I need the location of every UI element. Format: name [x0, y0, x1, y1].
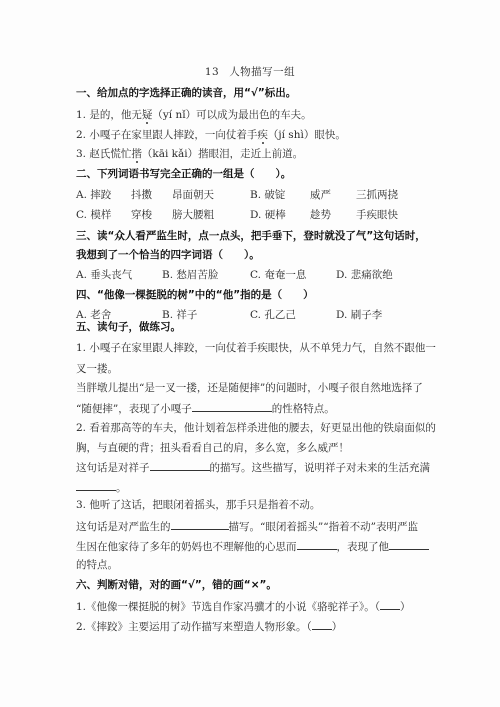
- answer-blank[interactable]: [297, 539, 337, 550]
- section-5-heading: 五、读句子，做练习。: [76, 320, 181, 334]
- option-b-word-3: 三抓两挠: [356, 188, 398, 202]
- page-title: 13人物描写一组: [0, 64, 500, 79]
- lesson-number: 13: [205, 66, 219, 78]
- sec5-q1-line-2: 叉一搂。: [76, 362, 118, 376]
- dotted-char: 疑: [142, 109, 153, 121]
- section-2-heading: 二、下列词语书写完全正确的一组是（ ）。: [76, 167, 291, 181]
- option-b: B. 破锭: [250, 188, 285, 202]
- option-d: D. 刷子李: [336, 308, 382, 322]
- sec5-q2-line-1: 2. 看着那高等的车夫，他计划着怎样杀进他的腰去，好更显出他的铁扇面似的: [76, 421, 436, 435]
- sec5-q1-line-4-post: 的性格特点。: [272, 403, 335, 415]
- section-6-heading: 六、判断对错，对的画“√”，错的画“×”。: [76, 578, 277, 592]
- sec1-item-1-post: （yí nǐ）可以成为最出色的车夫。: [152, 109, 311, 121]
- sec5-q3-line-2: 这句话是对严监生的描写。“眼闭着摇头”“指着不动”表明严监: [76, 519, 418, 534]
- sec5-q3-line-2-post: 描写。“眼闭着摇头”“指着不动”表明严监: [229, 521, 418, 533]
- section-3-heading-line-2: 我想到了一个恰当的四字词语（ ）。: [76, 248, 260, 262]
- sec5-q2-line-4-post: 。: [116, 482, 127, 494]
- option-d: D. 硬棒: [250, 208, 286, 222]
- sec5-q2-line-3: 这句话是对祥子的描写。这些描写，说明祥子对未来的生活充满: [76, 460, 430, 475]
- sec5-q3-line-3-pre: 生因在他家待了多年的奶妈也不理解他的心思而: [76, 541, 297, 553]
- sec5-q3-line-4: 的特点。: [76, 558, 118, 572]
- sec6-item-1-text: 1.《他像一棵挺脱的树》节选自作家冯骥才的小说《骆驼祥子》。（: [76, 601, 380, 613]
- sec1-item-3-pre: 3. 赵氏慌忙: [76, 148, 131, 160]
- option-b: B. 愁眉苦脸: [162, 268, 218, 282]
- sec6-item-1: 1.《他像一棵挺脱的树》节选自作家冯骥才的小说《骆驼祥子》。（）: [76, 599, 411, 614]
- sec5-q3-line-3: 生因在他家待了多年的奶妈也不理解他的心思而，表现了他: [76, 539, 429, 554]
- sec1-item-2-pre: 2. 小嘎子在家里跟人摔跤，一向仗着手: [76, 129, 257, 141]
- worksheet-page: 13人物描写一组 一、给加点的字选择正确的读音，用“√”标出。 1. 是的，他无…: [0, 0, 500, 707]
- sec5-q1-line-4: “随便摔”，表现了小嘎子的性格特点。: [76, 401, 335, 416]
- option-a: A. 垂头丧气: [76, 268, 132, 282]
- sec1-item-2: 2. 小嘎子在家里跟人摔跤，一向仗着手疾（jí shì）眼快。: [76, 128, 346, 142]
- section-1-heading: 一、给加点的字选择正确的读音，用“√”标出。: [76, 86, 296, 100]
- option-c: C. 模样: [76, 208, 111, 222]
- sec6-item-2-text: 2.《摔跤》主要运用了动作描写来塑造人物形象。（: [76, 621, 312, 633]
- answer-blank[interactable]: [150, 460, 210, 471]
- sec5-q3-line-3-mid: ，表现了他: [337, 541, 390, 553]
- option-c-word-2: 穿梭: [131, 208, 152, 222]
- answer-blank[interactable]: [380, 599, 400, 610]
- sec5-q1-line-1: 1. 小嘎子在家里跟人摔跤，一向仗着手疾眼快，从不单凭力气，自然不跟他一: [76, 341, 436, 355]
- sec6-item-2: 2.《摔跤》主要运用了动作描写来塑造人物形象。（）: [76, 619, 342, 634]
- section-3-heading-line-1: 三、读“众人看严监生时，点一点头，把手垂下，登时就没了气”这句话时，: [76, 229, 426, 243]
- dotted-char: 疾: [257, 129, 268, 141]
- close-paren: ）: [400, 601, 411, 613]
- option-c: C. 奄奄一息: [250, 268, 306, 282]
- sec5-q1-line-4-pre: “随便摔”，表现了小嘎子: [76, 403, 192, 415]
- answer-blank[interactable]: [312, 619, 332, 630]
- sec1-item-1: 1. 是的，他无疑（yí nǐ）可以成为最出色的车夫。: [76, 108, 312, 122]
- close-paren: ）: [332, 621, 343, 633]
- dotted-char: 揩: [131, 148, 142, 160]
- option-c-word-3: 膀大腰粗: [172, 208, 214, 222]
- sec5-q1-line-3: 当胖墩儿提出“是一叉一搂，还是随便摔”的问题时，小嘎子很自然地选择了: [76, 381, 423, 395]
- sec5-q3-line-1: 3. 他听了这话，把眼闭着摇头，那手只是指着不动。: [76, 498, 320, 512]
- answer-blank[interactable]: [192, 401, 272, 412]
- sec1-item-3-post: （kāi kǎi）揩眼泪，走近上前道。: [142, 148, 303, 160]
- option-a: A. 摔跤: [76, 188, 111, 202]
- option-d: D. 悲痛欲绝: [336, 268, 393, 282]
- sec1-item-1-pre: 1. 是的，他无: [76, 109, 142, 121]
- sec5-q2-line-3-pre: 这句话是对祥子: [76, 462, 150, 474]
- option-c: C. 孔乙己: [250, 308, 296, 322]
- option-b-word-2: 威严: [310, 188, 331, 202]
- option-a-word-3: 昂面朝天: [172, 188, 214, 202]
- sec5-q2-line-2: 胸，与直硬的背；扭头看看自己的肩，多么宽，多么威严！: [76, 441, 349, 455]
- answer-blank[interactable]: [389, 539, 429, 550]
- sec1-item-3: 3. 赵氏慌忙揩（kāi kǎi）揩眼泪，走近上前道。: [76, 147, 303, 161]
- option-d-word-3: 手疾眼快: [356, 208, 398, 222]
- lesson-title: 人物描写一组: [229, 66, 295, 78]
- answer-blank[interactable]: [76, 480, 116, 491]
- section-4-heading: 四、“他像一棵挺脱的树”中的“他”指的是（ ）: [76, 288, 314, 302]
- sec5-q2-line-4: 。: [76, 480, 127, 495]
- answer-blank[interactable]: [171, 519, 229, 530]
- option-a-word-2: 抖擞: [131, 188, 152, 202]
- sec1-item-2-post: （jí shì）眼快。: [268, 129, 346, 141]
- sec5-q2-line-3-post: 的描写。这些描写，说明祥子对未来的生活充满: [210, 462, 431, 474]
- sec5-q3-line-2-pre: 这句话是对严监生的: [76, 521, 171, 533]
- option-d-word-2: 趁势: [310, 208, 331, 222]
